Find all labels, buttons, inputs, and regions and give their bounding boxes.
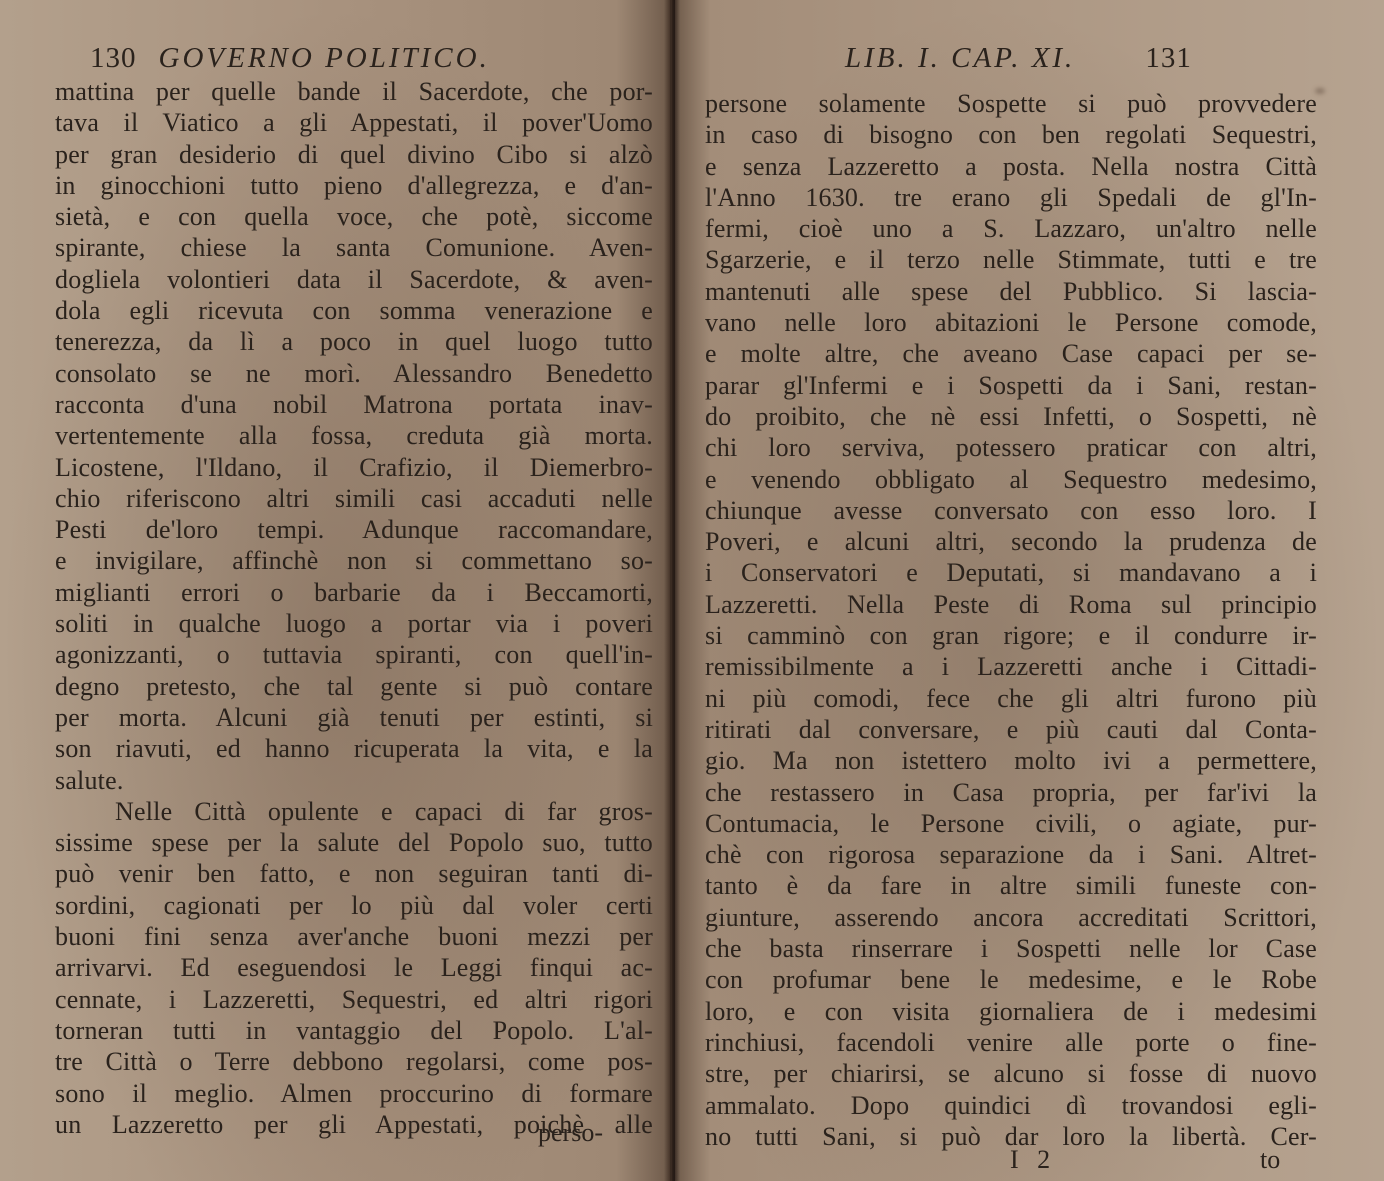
text-line: si camminò con gran rigore; e il condurr… bbox=[705, 620, 1317, 651]
text-line: spirante, chiese la santa Comunione. Ave… bbox=[55, 232, 653, 263]
text-line: mantenuti alle spese del Pubblico. Si la… bbox=[705, 276, 1317, 307]
text-line: racconta d'una nobil Matrona portata ina… bbox=[55, 389, 653, 420]
text-line: in ginocchioni tutto pieno d'allegrezza,… bbox=[55, 170, 653, 201]
text-line: che basta rinserrare i Sospetti nelle lo… bbox=[705, 933, 1317, 964]
right-text-block: persone solamente Sospette si può provve… bbox=[705, 88, 1317, 1152]
text-line: sietà, e con quella voce, che potè, sicc… bbox=[55, 201, 653, 232]
text-line: tanto è da fare in altre simili funeste … bbox=[705, 870, 1317, 901]
text-line: loro, e con visita giornaliera de i mede… bbox=[705, 996, 1317, 1027]
text-line: salute. bbox=[55, 765, 653, 796]
text-line: soliti in qualche luogo a portar via i p… bbox=[55, 608, 653, 639]
text-line: persone solamente Sospette si può provve… bbox=[705, 88, 1317, 119]
text-line: tava il Viatico a gli Appestati, il pove… bbox=[55, 107, 653, 138]
text-line: agonizzanti, o tuttavia spiranti, con qu… bbox=[55, 639, 653, 670]
text-line: tre Città o Terre debbono regolarsi, com… bbox=[55, 1046, 653, 1077]
text-line: per gran desiderio di quel divino Cibo s… bbox=[55, 139, 653, 170]
text-line: e venendo obbligato al Sequestro medesim… bbox=[705, 464, 1317, 495]
text-line: consolato se ne morì. Alessandro Benedet… bbox=[55, 358, 653, 389]
text-line: chè con rigorosa separazione da i Sani. … bbox=[705, 839, 1317, 870]
right-catchword: to bbox=[1260, 1145, 1280, 1175]
text-line: e invigilare, affinchè non si commettano… bbox=[55, 545, 653, 576]
text-line: arrivarvi. Ed eseguendosi le Leggi finqu… bbox=[55, 952, 653, 983]
printer-signature-mark: I 2 bbox=[1010, 1145, 1056, 1175]
text-line: rinchiusi, facendoli venire alle porte o… bbox=[705, 1027, 1317, 1058]
text-line: remissibilmente a i Lazzeretti anche i C… bbox=[705, 651, 1317, 682]
text-line: ni più comodi, fece che gli altri furono… bbox=[705, 683, 1317, 714]
text-line: vertentemente alla fossa, creduta già mo… bbox=[55, 420, 653, 451]
text-line: stre, per chiarirsi, se alcuno si fosse … bbox=[705, 1058, 1317, 1089]
text-line: ritirati dal conversare, e più cauti dal… bbox=[705, 714, 1317, 745]
text-line: i Conservatori e Deputati, si mandavano … bbox=[705, 557, 1317, 588]
text-line: sordini, cagionati per lo più dal voler … bbox=[55, 890, 653, 921]
text-line: buoni fini senza aver'anche buoni mezzi … bbox=[55, 921, 653, 952]
text-line: miglianti errori o barbarie da i Beccamo… bbox=[55, 577, 653, 608]
text-line: chi loro serviva, potessero praticar con… bbox=[705, 432, 1317, 463]
text-line: Poveri, e alcuni altri, secondo la prude… bbox=[705, 526, 1317, 557]
right-page-number: 131 bbox=[1145, 42, 1192, 74]
right-page: LIB. I. CAP. XI.131 persone solamente So… bbox=[675, 0, 1384, 1181]
text-line: Licostene, l'Ildano, il Crafizio, il Die… bbox=[55, 452, 653, 483]
text-line: parar gl'Infermi e i Sospetti da i Sani,… bbox=[705, 370, 1317, 401]
left-page: 130GOVERNO POLITICO. mattina per quelle … bbox=[0, 0, 670, 1181]
paragraph-start-line: Nelle Città opulente e capaci di far gro… bbox=[55, 796, 653, 827]
text-line: son riavuti, ed hanno ricuperata la vita… bbox=[55, 733, 653, 764]
right-running-head: LIB. I. CAP. XI.131 bbox=[845, 42, 1192, 75]
right-running-title: LIB. I. CAP. XI. bbox=[845, 42, 1075, 74]
text-line: e senza Lazzeretto a posta. Nella nostra… bbox=[705, 151, 1317, 182]
left-text-block: mattina per quelle bande il Sacerdote, c… bbox=[55, 76, 653, 1140]
text-line: con profumar bene le medesime, e le Robe bbox=[705, 964, 1317, 995]
text-line: gio. Ma non istettero molto ivi a permet… bbox=[705, 745, 1317, 776]
text-line: cennate, i Lazzeretti, Sequestri, ed alt… bbox=[55, 984, 653, 1015]
text-line: Contumacia, le Persone civili, o agiate,… bbox=[705, 808, 1317, 839]
text-line: l'Anno 1630. tre erano gli Spedali de gl… bbox=[705, 182, 1317, 213]
text-line: giunture, asserendo ancora accreditati S… bbox=[705, 902, 1317, 933]
text-line: mattina per quelle bande il Sacerdote, c… bbox=[55, 76, 653, 107]
text-line: dola egli ricevuta con somma venerazione… bbox=[55, 295, 653, 326]
text-line: do proibito, che nè essi Infetti, o Sosp… bbox=[705, 401, 1317, 432]
text-line: vano nelle loro abitazioni le Persone co… bbox=[705, 307, 1317, 338]
text-line: e molte altre, che aveano Case capaci pe… bbox=[705, 338, 1317, 369]
ink-spot bbox=[1315, 88, 1325, 94]
book-gutter bbox=[664, 0, 680, 1181]
text-line: dogliela volontieri data il Sacerdote, &… bbox=[55, 264, 653, 295]
left-catchword: perso- bbox=[538, 1118, 603, 1148]
text-line: Lazzeretti. Nella Peste di Roma sul prin… bbox=[705, 589, 1317, 620]
text-line: per morta. Alcuni già tenuti per estinti… bbox=[55, 702, 653, 733]
text-line: può venir ben fatto, e non seguiran tant… bbox=[55, 858, 653, 889]
text-line: Sgarzerie, e il terzo nelle Stimmate, tu… bbox=[705, 244, 1317, 275]
left-running-title: GOVERNO POLITICO. bbox=[159, 42, 490, 74]
text-line: Pesti de'loro tempi. Adunque raccomandar… bbox=[55, 514, 653, 545]
text-line: torneran tutti in vantaggio del Popolo. … bbox=[55, 1015, 653, 1046]
text-line: che restassero in Casa propria, per far'… bbox=[705, 777, 1317, 808]
text-line: degno pretesto, che tal gente si può con… bbox=[55, 671, 653, 702]
left-running-head: 130GOVERNO POLITICO. bbox=[90, 42, 490, 75]
text-line: tenerezza, da lì a poco in quel luogo tu… bbox=[55, 326, 653, 357]
text-line: chiunque avesse conversato con esso loro… bbox=[705, 495, 1317, 526]
text-line: in caso di bisogno con ben regolati Sequ… bbox=[705, 119, 1317, 150]
book-spread: 130GOVERNO POLITICO. mattina per quelle … bbox=[0, 0, 1384, 1181]
left-page-number: 130 bbox=[90, 42, 137, 74]
text-line: sono il meglio. Almen proccurino di form… bbox=[55, 1078, 653, 1109]
text-line: ammalato. Dopo quindici dì trovandosi eg… bbox=[705, 1090, 1317, 1121]
text-line: sissime spese per la salute del Popolo s… bbox=[55, 827, 653, 858]
text-line: fermi, cioè uno a S. Lazzaro, un'altro n… bbox=[705, 213, 1317, 244]
text-line: chio riferiscono altri simili casi accad… bbox=[55, 483, 653, 514]
